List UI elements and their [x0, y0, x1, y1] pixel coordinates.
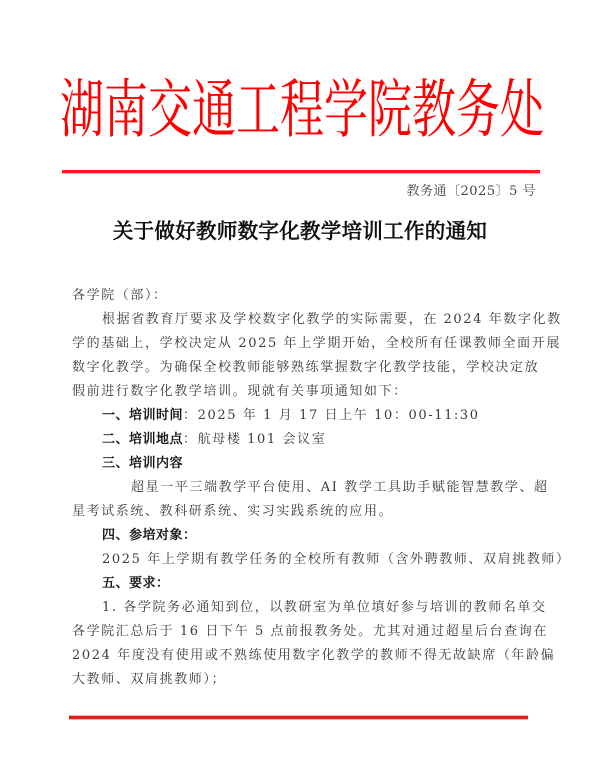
- document-number: 教务通〔2025〕5 号: [407, 180, 537, 199]
- letterhead-char: 教: [412, 79, 456, 143]
- intro-line: 根据省教育厅要求及学校数字化教学的实际需要，在 2024 年数字化教: [72, 308, 540, 332]
- intro-line: 学的基础上，学校决定从 2025 年上学期开始，全校所有任课教师全面开展: [72, 332, 540, 356]
- section-content-line: 星考试系统、教科研系统、实习实践系统的应用。: [72, 500, 540, 524]
- intro-line: 假前进行数字化教学培训。现就有关事项通知如下：: [72, 380, 540, 404]
- section-separator: ：: [183, 432, 198, 447]
- section-requirements-heading: 五、要求：: [72, 572, 540, 596]
- letterhead-char: 院: [368, 79, 412, 143]
- salutation: 各学院（部）：: [72, 284, 540, 308]
- section-heading: 五、要求：: [102, 576, 170, 591]
- letterhead-char: 处: [500, 79, 544, 143]
- section-separator: ：: [183, 408, 198, 423]
- footer-divider: [69, 716, 528, 719]
- intro-line: 数字化教学。为确保全校教师能够熟练掌握数字化教学技能，学校决定放: [72, 356, 540, 380]
- section-content: 航母楼 101 会议室: [198, 432, 327, 447]
- letterhead-title: 湖 南 交 通 工 程 学 院 教 务 处: [60, 66, 538, 156]
- document-page: 湖 南 交 通 工 程 学 院 教 务 处 教务通〔2025〕5 号 关于做好教…: [0, 0, 600, 760]
- section-heading: 四、参培对象：: [102, 528, 197, 543]
- document-body: 各学院（部）： 根据省教育厅要求及学校数字化教学的实际需要，在 2024 年数字…: [72, 284, 540, 692]
- section-heading: 二、培训地点: [102, 432, 183, 447]
- section-heading: 三、培训内容: [102, 456, 183, 471]
- letterhead-char: 学: [324, 79, 368, 143]
- section-content-line: 超星一平三端教学平台使用、AI 教学工具助手赋能智慧教学、超: [72, 476, 540, 500]
- letterhead-char: 程: [280, 79, 324, 143]
- document-title: 关于做好教师数字化教学培训工作的通知: [0, 214, 600, 244]
- section-training-time: 一、培训时间：2025 年 1 月 17 日上午 10：00-11:30: [72, 404, 540, 428]
- section-content-line: 大教师、双肩挑教师）；: [72, 668, 540, 692]
- section-content-line: 2025 年上学期有教学任务的全校所有教师（含外聘教师、双肩挑教师）: [72, 548, 540, 572]
- letterhead-char: 湖: [60, 79, 104, 143]
- section-content-line: 1. 各学院务必通知到位，以教研室为单位填好参与培训的教师名单交: [72, 596, 540, 620]
- section-training-content-heading: 三、培训内容: [72, 452, 540, 476]
- section-heading: 一、培训时间: [102, 408, 183, 423]
- letterhead-char: 南: [104, 79, 148, 143]
- section-participants-heading: 四、参培对象：: [72, 524, 540, 548]
- letterhead-char: 工: [236, 79, 280, 143]
- section-content-line: 各学院汇总后于 16 日下午 5 点前报教务处。尤其对通过超星后台查询在: [72, 620, 540, 644]
- letterhead-char: 通: [192, 79, 236, 143]
- section-training-location: 二、培训地点：航母楼 101 会议室: [72, 428, 540, 452]
- letterhead-divider-top: [62, 170, 540, 173]
- letterhead-char: 交: [148, 79, 192, 143]
- section-content: 2025 年 1 月 17 日上午 10：00-11:30: [198, 408, 480, 423]
- letterhead-char: 务: [456, 79, 500, 143]
- section-content-line: 2024 年度没有使用或不熟练使用数字化教学的教师不得无故缺席（年龄偏: [72, 644, 540, 668]
